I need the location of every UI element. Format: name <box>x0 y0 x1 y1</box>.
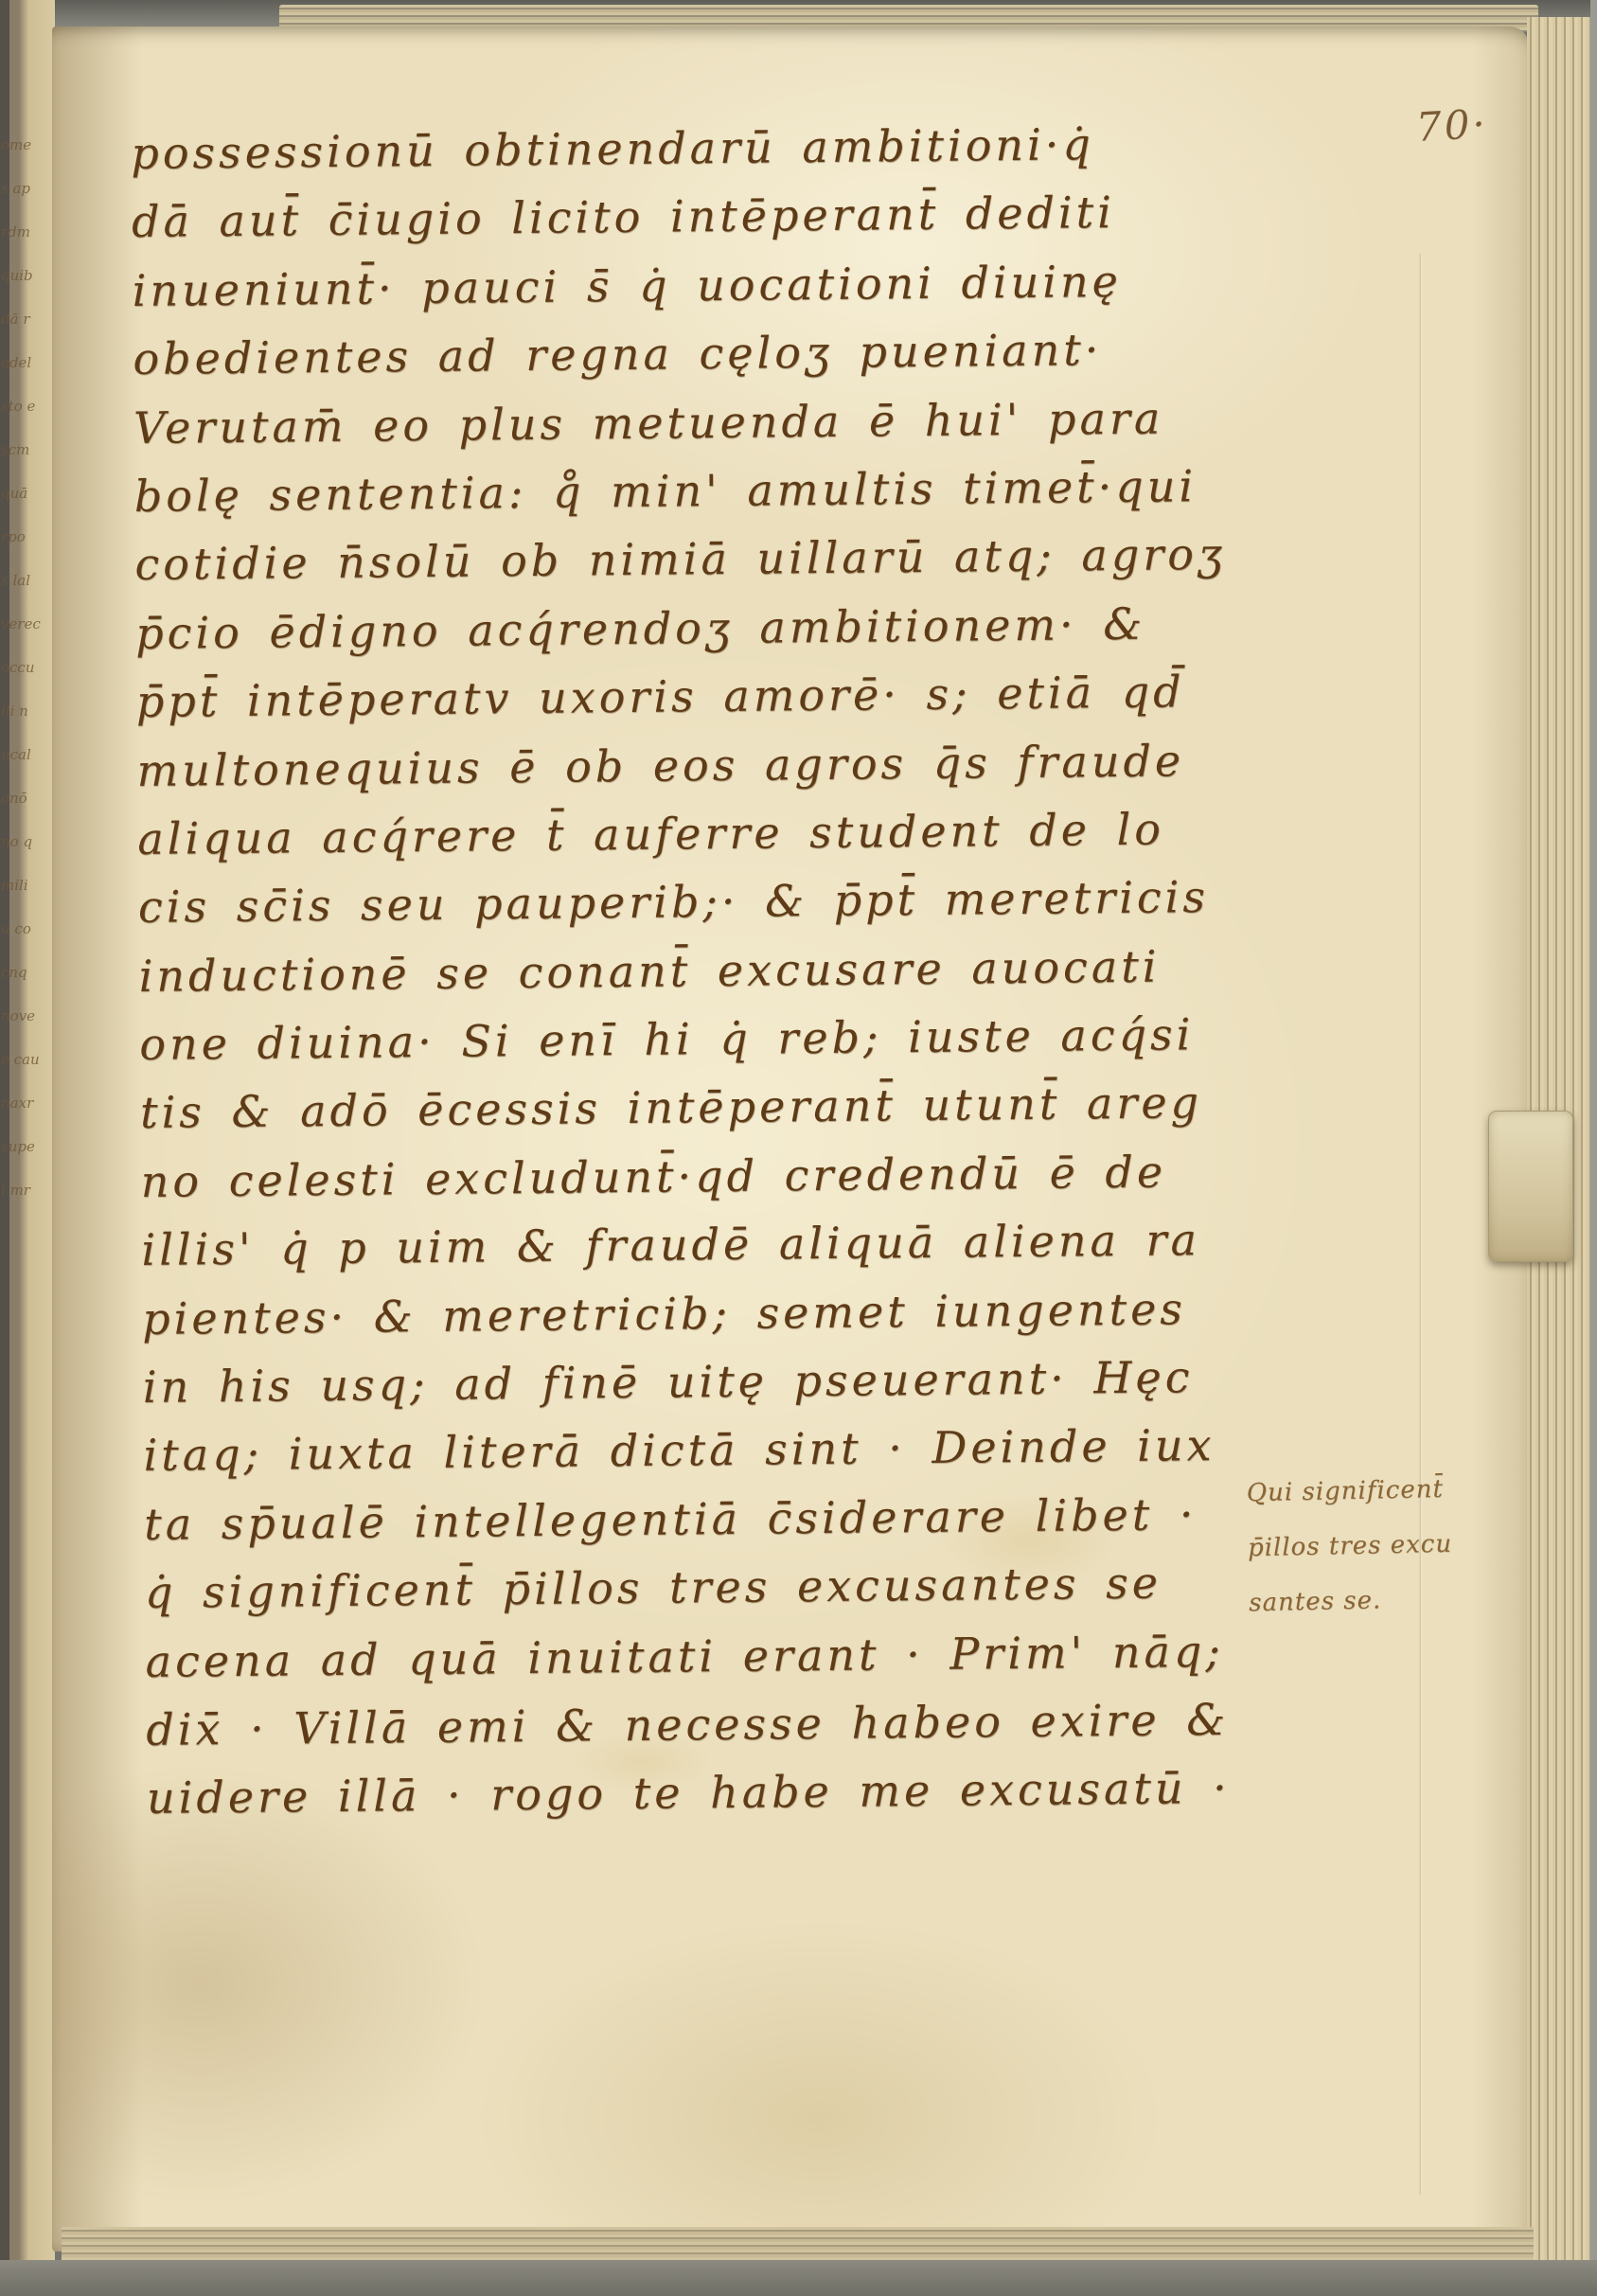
gutter-fragment: scm <box>1 428 44 472</box>
text-line: acena ad quā inuitati erant · Prim' nāq; <box>145 1616 1236 1695</box>
gutter-fragment: ucal <box>1 733 44 776</box>
book-bottom-page-edges <box>62 2227 1534 2263</box>
text-line: inueniunt̄· pauci s̄ q̇ uocationi diuinę <box>132 246 1223 325</box>
text-line: dā aut̄ c̄iugio licito intēperant̄ dedit… <box>132 177 1223 256</box>
text-line: in his usq; ad finē uitę pseuerant· Hęc <box>143 1343 1234 1421</box>
text-line: inductionē se conant̄ excusare auocati <box>138 932 1230 1010</box>
gutter-fragment: no q <box>1 820 44 863</box>
gutter-fragment: mili <box>1 863 44 907</box>
parchment-crease <box>1419 254 1423 2195</box>
gutter-fragment: e cau <box>1 1038 44 1081</box>
gutter-fragment: rpo <box>1 515 44 559</box>
marginal-note-line: Qui significent̄ <box>1246 1462 1451 1522</box>
gutter-fragment: s lal <box>1 559 44 602</box>
text-line: p̄cio ēdigno acq́rendoʒ ambitionem· & <box>135 589 1227 667</box>
gutter-fragment: occu <box>1 646 44 689</box>
gutter-fragment: supe <box>1 1125 44 1168</box>
marginal-note: Qui significent̄ p̄illos tres excu sante… <box>1246 1462 1454 1630</box>
gutter-fragment: nove <box>1 994 44 1038</box>
text-line: cis sc̄is seu pauperib;· & p̄pt̄ meretri… <box>138 863 1230 941</box>
text-line: possessionū obtinendarū ambitioni·q̇ <box>131 109 1222 187</box>
manuscript-photo: 70· ome s ap rdm quib dā r adel sto e sc… <box>0 0 1597 2296</box>
text-line: obedientes ad regna cęloʒ pueniant· <box>133 314 1224 393</box>
gutter-fragment: anō <box>1 776 44 820</box>
gutter-fragment: dā r <box>1 297 44 341</box>
text-line: one diuina· Si enī hi q̇ reb; iuste acq́… <box>139 1000 1231 1078</box>
text-line: p̄pt̄ intēperatv uxoris amorē· s; etiā q… <box>136 657 1228 736</box>
text-line: itaq; iuxta literā dictā sint · Deinde i… <box>143 1411 1234 1489</box>
scan-background-right <box>1590 0 1597 2296</box>
gutter-text-fragments: ome s ap rdm quib dā r adel sto e scm qu… <box>1 123 44 1212</box>
text-line: multonequius ē ob eos agros q̄s fraude <box>136 725 1228 804</box>
folio-number: 70· <box>1415 100 1489 151</box>
gutter-fragment: quib <box>1 254 44 297</box>
vellum-bookmark-tab <box>1488 1111 1573 1262</box>
text-line: ta sp̄ualē intellegentiā c̄siderare libe… <box>144 1480 1235 1558</box>
marginal-note-line: p̄illos tres excu <box>1247 1517 1452 1576</box>
text-line: tis & adō ēcessis intēperant̄ utunt̄ are… <box>140 1068 1232 1147</box>
gutter-fragment: adel <box>1 341 44 384</box>
gutter-fragment: u co <box>1 907 44 951</box>
text-line: no celesti excludunt̄·qd credendū ē de <box>140 1137 1232 1216</box>
text-line: uidere illā · rogo te habe me excusatū · <box>147 1753 1238 1832</box>
marginal-note-line: santes se. <box>1249 1572 1454 1631</box>
gutter-fragment: quā <box>1 472 44 515</box>
gutter-fragment: sto e <box>1 384 44 428</box>
text-line: aliqua acq́rere t̄ auferre student de lo <box>137 794 1229 873</box>
book-bottom-edge <box>0 2260 1597 2296</box>
text-line: pientes· & meretricib; semet iungentes <box>142 1274 1233 1353</box>
text-line: bolę sententia: q̊ min' amultis timet̄·q… <box>133 452 1225 530</box>
text-line: q̇ significent̄ p̄illos tres excusantes … <box>145 1548 1236 1627</box>
text-line: cotidie n̄solū ob nimiā uillarū atq; agr… <box>134 520 1226 598</box>
text-line: dix̄ · Villā emi & necesse habeo exire & <box>146 1685 1237 1764</box>
gutter-fragment: s ap <box>1 167 44 210</box>
gutter-fragment: cnq <box>1 951 44 994</box>
gutter-fragment: i mr <box>1 1168 44 1212</box>
gutter-fragment: naxr <box>1 1081 44 1125</box>
gutter-fragment: ome <box>1 123 44 167</box>
gutter-fragment: verec <box>1 602 44 646</box>
text-line: illis' q̇ p uim & fraudē aliquā aliena r… <box>141 1205 1233 1284</box>
text-line: Verutam̄ eo plus metuenda ē hui' para <box>133 383 1225 461</box>
gutter-fragment: ili n <box>1 689 44 733</box>
gutter-fragment: rdm <box>1 210 44 254</box>
main-text-block: possessionū obtinendarū ambitioni·q̇ dā … <box>131 109 1238 1833</box>
